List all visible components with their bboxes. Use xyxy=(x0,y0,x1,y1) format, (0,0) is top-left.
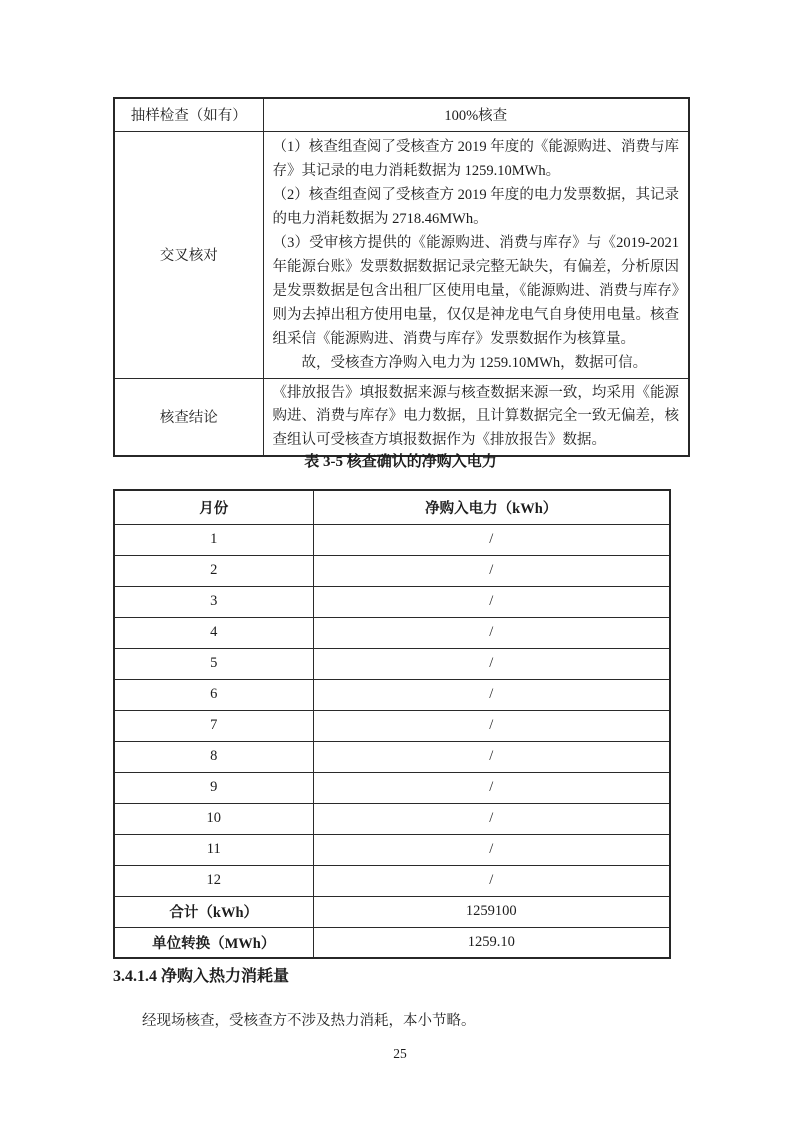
value-cell: / xyxy=(313,710,670,741)
value-cell: / xyxy=(313,865,670,896)
table-row: 10 / xyxy=(114,803,670,834)
table-row: 核查结论 《排放报告》填报数据来源与核查数据来源一致，均采用《能源购进、消费与库… xyxy=(114,378,689,456)
total-label: 合计（kWh） xyxy=(114,896,313,927)
cross-check-paragraph: 故，受核查方净购入电力为 1259.10MWh，数据可信。 xyxy=(273,351,680,375)
cross-check-paragraph: （3）受审核方提供的《能源购进、消费与库存》与《2019-2021年能源台账》发… xyxy=(273,231,680,351)
table-caption: 表 3-5 核查确认的净购入电力 xyxy=(113,452,688,472)
value-cell: / xyxy=(313,555,670,586)
page-number: 25 xyxy=(0,1046,800,1062)
value-cell: / xyxy=(313,524,670,555)
cross-check-content: （1）核查组查阅了受核查方 2019 年度的《能源购进、消费与库存》其记录的电力… xyxy=(263,131,689,378)
value-cell: / xyxy=(313,586,670,617)
column-header-value: 净购入电力（kWh） xyxy=(313,490,670,524)
value-cell: / xyxy=(313,772,670,803)
month-cell: 12 xyxy=(114,865,313,896)
month-cell: 11 xyxy=(114,834,313,865)
cross-check-paragraph: （2）核查组查阅了受核查方 2019 年度的电力发票数据，其记录的电力消耗数据为… xyxy=(273,183,680,231)
value-cell: / xyxy=(313,648,670,679)
table-row: 交叉核对 （1）核查组查阅了受核查方 2019 年度的《能源购进、消费与库存》其… xyxy=(114,131,689,378)
month-cell: 2 xyxy=(114,555,313,586)
month-cell: 7 xyxy=(114,710,313,741)
sampling-value: 100%核查 xyxy=(263,98,689,131)
section-heading: 3.4.1.4 净购入热力消耗量 xyxy=(113,966,688,988)
month-cell: 9 xyxy=(114,772,313,803)
unit-conversion-row: 单位转换（MWh） 1259.10 xyxy=(114,927,670,958)
value-cell: / xyxy=(313,834,670,865)
month-cell: 5 xyxy=(114,648,313,679)
table-row: 7 / xyxy=(114,710,670,741)
unit-conversion-value: 1259.10 xyxy=(313,927,670,958)
month-cell: 4 xyxy=(114,617,313,648)
table-row: 4 / xyxy=(114,617,670,648)
table-row: 抽样检查（如有） 100%核查 xyxy=(114,98,689,131)
value-cell: / xyxy=(313,617,670,648)
table-row: 11 / xyxy=(114,834,670,865)
value-cell: / xyxy=(313,741,670,772)
row-label-cross-check: 交叉核对 xyxy=(114,131,263,378)
month-cell: 10 xyxy=(114,803,313,834)
conclusion-paragraph: 《排放报告》填报数据来源与核查数据来源一致，均采用《能源购进、消费与库存》电力数… xyxy=(273,382,680,453)
table-row: 9 / xyxy=(114,772,670,803)
unit-conversion-label: 单位转换（MWh） xyxy=(114,927,313,958)
table-row: 5 / xyxy=(114,648,670,679)
section-paragraph: 经现场核查，受核查方不涉及热力消耗，本小节略。 xyxy=(113,1009,688,1033)
month-cell: 6 xyxy=(114,679,313,710)
table-row: 3 / xyxy=(114,586,670,617)
total-row: 合计（kWh） 1259100 xyxy=(114,896,670,927)
column-header-month: 月份 xyxy=(114,490,313,524)
value-cell: / xyxy=(313,679,670,710)
conclusion-content: 《排放报告》填报数据来源与核查数据来源一致，均采用《能源购进、消费与库存》电力数… xyxy=(263,378,689,456)
table-header-row: 月份 净购入电力（kWh） xyxy=(114,490,670,524)
document-page: 抽样检查（如有） 100%核查 交叉核对 （1）核查组查阅了受核查方 2019 … xyxy=(0,0,800,1132)
total-value: 1259100 xyxy=(313,896,670,927)
net-electricity-table: 月份 净购入电力（kWh） 1 / 2 / 3 / 4 / 5 / xyxy=(113,489,671,959)
table-row: 1 / xyxy=(114,524,670,555)
cross-check-paragraph: （1）核查组查阅了受核查方 2019 年度的《能源购进、消费与库存》其记录的电力… xyxy=(273,135,680,183)
cross-check-table: 抽样检查（如有） 100%核查 交叉核对 （1）核查组查阅了受核查方 2019 … xyxy=(113,97,690,457)
table-row: 6 / xyxy=(114,679,670,710)
row-label-conclusion: 核查结论 xyxy=(114,378,263,456)
table-row: 8 / xyxy=(114,741,670,772)
row-label-sampling: 抽样检查（如有） xyxy=(114,98,263,131)
month-cell: 1 xyxy=(114,524,313,555)
table-row: 2 / xyxy=(114,555,670,586)
month-cell: 3 xyxy=(114,586,313,617)
value-cell: / xyxy=(313,803,670,834)
table-row: 12 / xyxy=(114,865,670,896)
month-cell: 8 xyxy=(114,741,313,772)
